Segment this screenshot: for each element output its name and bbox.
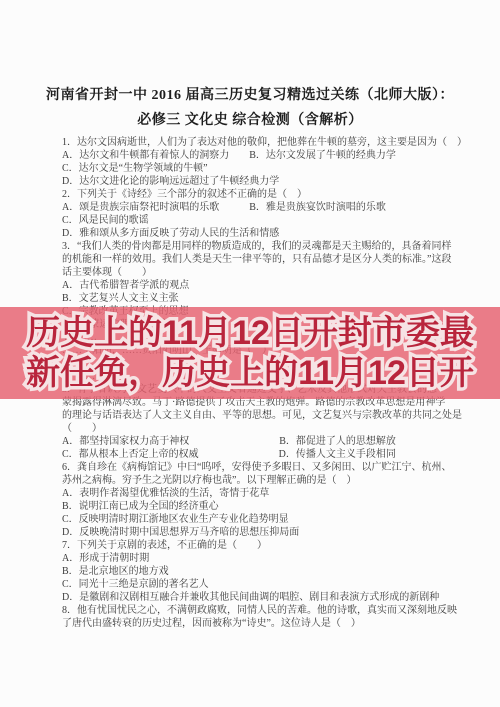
document-line: D．雅和颂从多方面反映了劳动人民的生活和情感 xyxy=(62,227,442,240)
watermark-banner: 历史上的11月12日开封市委最 新任免，历史上的11月12日开 xyxy=(0,307,500,399)
document-line: 苏州之病梅。穷予生之光阴以疗梅也哉”。以下理解正确的是（ ） xyxy=(62,474,442,487)
document-line: C．同光十三绝是京剧的著名艺人 xyxy=(62,578,442,591)
document-line: 6．龚自珍在《病梅馆记》中曰“呜呼，安得使予多暇日、又多闲田、以广贮江宁、杭州、 xyxy=(62,461,442,474)
document-line: 了唐代由盛转衰的历史过程，因而被称为“诗史”。这位诗人是（ ） xyxy=(62,617,442,630)
document-line: 的理论与话语表达了人文主义自由、平等的思想。可见，文艺复兴与宗教改革的共同之处是 xyxy=(62,409,442,422)
watermark-text-line2: 新任免，历史上的11月12日开 xyxy=(26,353,474,393)
document-line: 8．他有忧国忧民之心，不满朝政腐败，同情人民的苦难。他的诗歌，真实而又深刻地反映 xyxy=(62,604,442,617)
document-line: 的机能和一样的效用。我们人类是天生一律平等的，只有品德才是区分人类的标准。”这段 xyxy=(62,253,442,266)
document-line: D．是徽剧和汉剧相互融合并兼收其他民间曲调的唱腔、剧目和表演方式形成的新剧种 xyxy=(62,591,442,604)
document-line: 7．下列关于京剧的表述，不正确的是（ ） xyxy=(62,539,442,552)
document-line: D．反映晚清时期中国思想界万马齐喑的思想压抑局面 xyxy=(62,526,442,539)
document-line: A．形成于清朝时期 xyxy=(62,552,442,565)
document-line: C．风是民间的歌谣 xyxy=(62,214,442,227)
document-line: C．反映明清时期江浙地区农业生产专业化趋势明显 xyxy=(62,513,442,526)
document-page: 河南省开封一中 2016 届高三历史复习精选过关练（北师大版）： 必修三 文化史… xyxy=(0,0,500,707)
document-line: A．古代希腊智者学派的观点 xyxy=(62,279,442,292)
document-line: A．表明作者渴望优雅恬淡的生活，寄情于花草 xyxy=(62,487,442,500)
document-line: B．说明江南已成为全国的经济重心 xyxy=(62,500,442,513)
document-line: 3．“我们人类的骨肉都是用同样的物质造成的，我们的灵魂都是天主赐给的，具备着同样 xyxy=(62,240,442,253)
page-subtitle: 必修三 文化史 综合检测（含解析） xyxy=(0,109,500,129)
document-line: （ ） xyxy=(62,422,442,435)
document-line: 1．达尔文因病逝世，人们为了表达对他的敬仰，把他葬在牛顿的墓旁，这主要是因为（ … xyxy=(62,136,442,149)
document-line: 2．下列关于《诗经》三个部分的叙述不正确的是（ ） xyxy=(62,188,442,201)
document-line: 话主要体现（ ） xyxy=(62,266,442,279)
document-line: B．是北京地区的地方戏 xyxy=(62,565,442,578)
document-line: A．颂是贵族宗庙祭祀时演唱的乐歌 B．雅是贵族宴饮时演唱的乐歌 xyxy=(62,201,442,214)
document-line: C．都从根本上否定上帝的权威 D．传播人文主义手段相同 xyxy=(62,448,442,461)
page-title: 河南省开封一中 2016 届高三历史复习精选过关练（北师大版）： xyxy=(0,84,500,104)
document-line: D．达尔文进化论的影响远远超过了牛顿经典力学 xyxy=(62,175,442,188)
document-line: A．都坚持国家权力高于神权 B．都促进了人的思想解放 xyxy=(62,435,442,448)
document-line: C．达尔文是“生物学领域的牛顿” xyxy=(62,162,442,175)
document-line: B．文艺复兴人文主义主张 xyxy=(62,292,442,305)
document-line: A．达尔文和牛顿都有着惊人的洞察力 B．达尔文发展了牛顿的经典力学 xyxy=(62,149,442,162)
watermark-text-line1: 历史上的11月12日开封市委最 xyxy=(26,313,474,353)
